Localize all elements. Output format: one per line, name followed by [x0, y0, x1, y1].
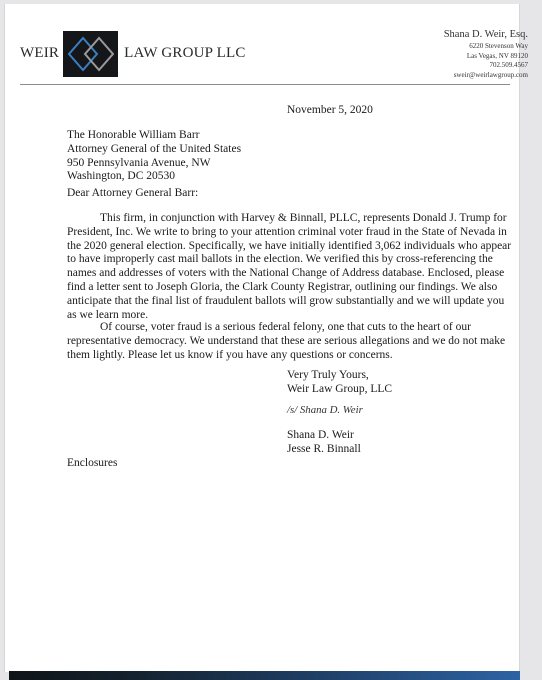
letter-date: November 5, 2020	[287, 104, 373, 116]
recipient-line: 950 Pennsylvania Avenue, NW	[67, 157, 241, 171]
next-page-edge	[9, 671, 520, 680]
paragraph-line: the 2020 general election. Specifically,…	[67, 240, 511, 254]
closing-line: Very Truly Yours,	[287, 369, 392, 383]
enclosures-note: Enclosures	[67, 457, 117, 471]
paragraph-line: to have improperly cast mail ballots in …	[67, 253, 511, 267]
contact-city: Las Vegas, NV 89120	[444, 52, 528, 62]
paragraph-line: find a letter sent to Joseph Gloria, the…	[67, 281, 511, 295]
firm-name-right: LAW GROUP LLC	[124, 45, 245, 62]
contact-name: Shana D. Weir, Esq.	[444, 29, 528, 41]
contact-phone: 702.509.4567	[444, 61, 528, 71]
signer-name: Jesse R. Binnall	[287, 443, 361, 457]
contact-street: 6220 Stevenson Way	[444, 42, 528, 52]
closing: Very Truly Yours, Weir Law Group, LLC	[287, 369, 392, 397]
interlocking-diamonds-logo-icon	[63, 31, 118, 77]
paragraph-line: them lightly. Please let us know if you …	[67, 349, 505, 363]
paragraph-line: names and addresses of voters with the N…	[67, 267, 511, 281]
body-paragraph-2: Of course, voter fraud is a serious fede…	[67, 321, 505, 362]
header-divider	[20, 84, 510, 85]
recipient-line: Attorney General of the United States	[67, 143, 241, 157]
firm-name-left: WEIR	[20, 45, 59, 62]
signer-name: Shana D. Weir	[287, 429, 361, 443]
body-paragraph-1: This firm, in conjunction with Harvey & …	[67, 212, 511, 322]
letterhead-logo: WEIR LAW GROUP LLC	[20, 31, 246, 76]
contact-email: sweir@weirlawgroup.com	[444, 71, 528, 81]
recipient-line: Washington, DC 20530	[67, 170, 241, 184]
contact-block: Shana D. Weir, Esq. 6220 Stevenson Way L…	[444, 29, 528, 80]
paragraph-line: Of course, voter fraud is a serious fede…	[67, 321, 505, 335]
closing-line: Weir Law Group, LLC	[287, 383, 392, 397]
recipient-line: The Honorable William Barr	[67, 129, 241, 143]
paragraph-line: anticipate that the final list of fraudu…	[67, 295, 511, 309]
salutation: Dear Attorney General Barr:	[67, 187, 198, 201]
recipient-address: The Honorable William Barr Attorney Gene…	[67, 129, 241, 184]
signers: Shana D. Weir Jesse R. Binnall	[287, 429, 361, 457]
paragraph-line: President, Inc. We write to bring to you…	[67, 226, 511, 240]
paragraph-line: This firm, in conjunction with Harvey & …	[67, 212, 511, 226]
paragraph-line: representative democracy. We understand …	[67, 335, 505, 349]
signature: /s/ Shana D. Weir	[287, 404, 363, 418]
